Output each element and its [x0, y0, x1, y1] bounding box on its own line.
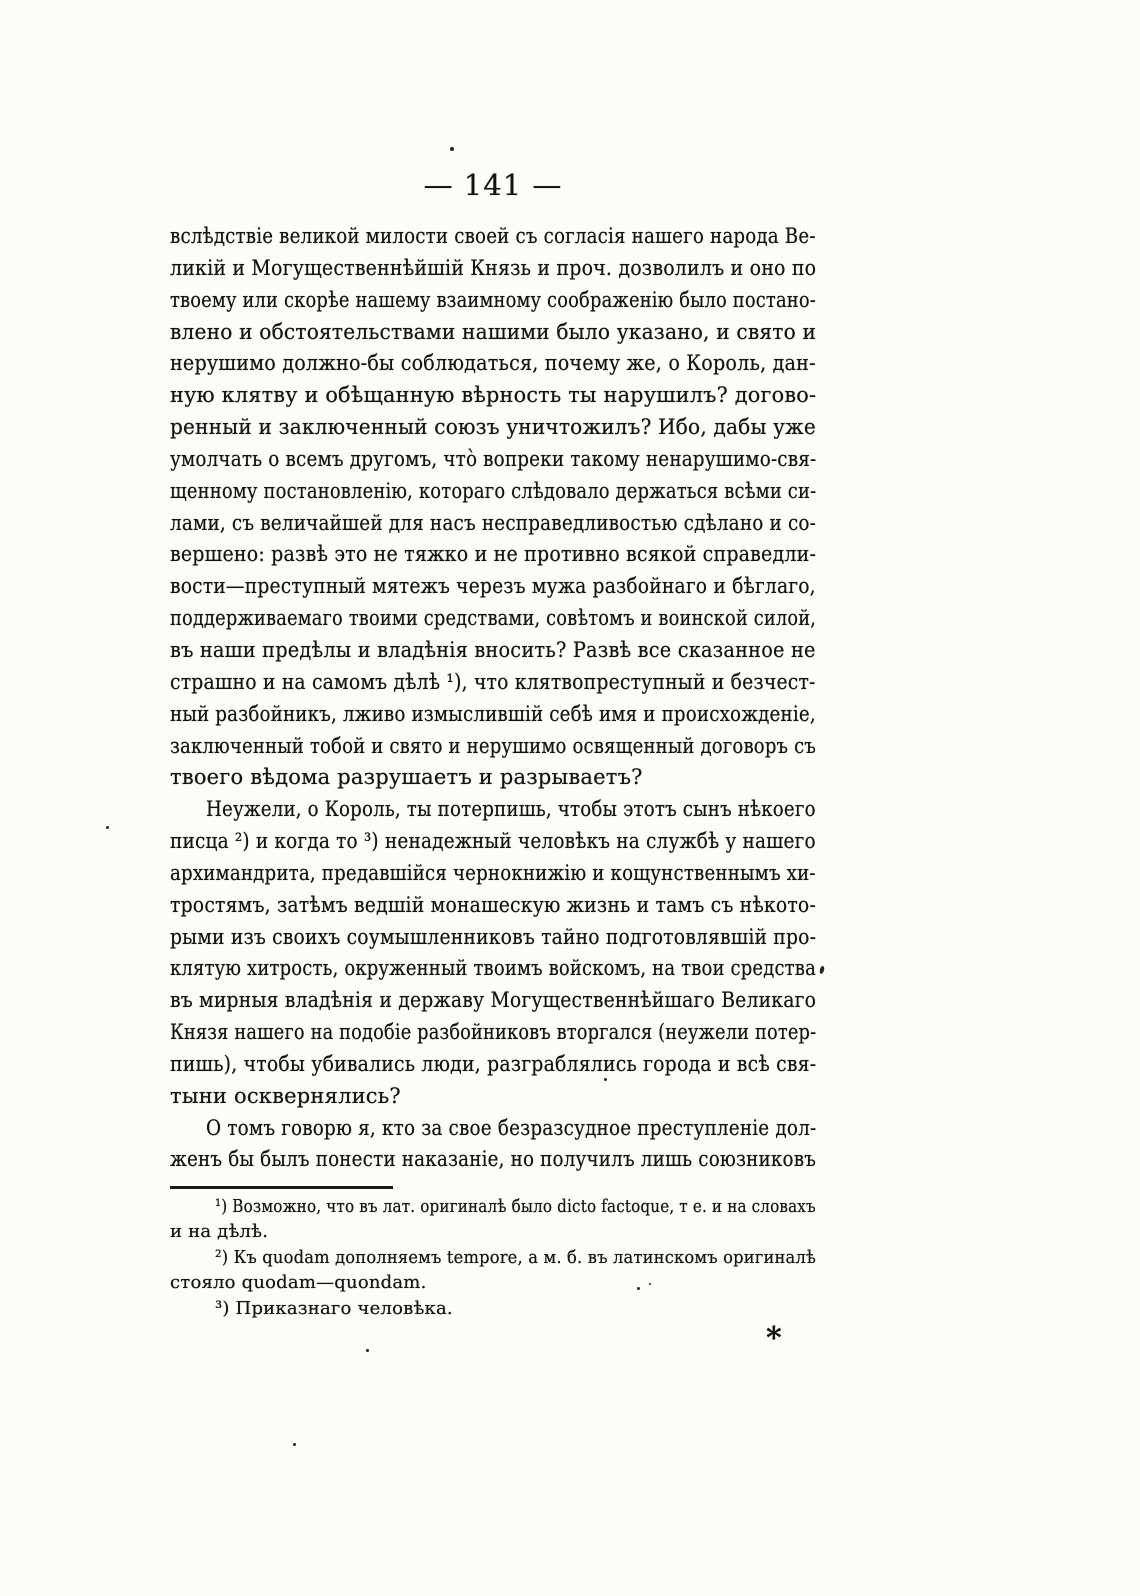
body-line: О томъ говорю я, кто за свое безразсудно… [170, 1113, 816, 1145]
scan-speck [604, 1078, 607, 1081]
body-line: рыми изъ своихъ соумышленниковъ тайно по… [170, 922, 816, 954]
body-line: пишь), чтобы убивались люди, разграбляли… [170, 1049, 816, 1081]
scan-speck [293, 1443, 296, 1446]
body-line: вости—преступный мятежъ черезъ мужа разб… [170, 571, 816, 603]
footnotes: ¹) Возможно, что въ лат. оригиналѣ было … [170, 1194, 816, 1321]
book-page: — 141 — вслѣдствіе великой милости своей… [0, 0, 1140, 1596]
body-line: поддерживаемаго твоими средствами, совѣт… [170, 603, 816, 635]
body-line: Неужели, о Король, ты потерпишь, чтобы э… [170, 794, 816, 826]
body-line: ликій и Могущественнѣйшій Князь и проч. … [170, 253, 816, 285]
footnote-line: и на дѣлѣ. [170, 1219, 816, 1244]
body-line: ренный и заключенный союзъ уничтожилъ? И… [170, 412, 816, 444]
scan-speck [819, 966, 825, 975]
body-line: тростямъ, затѣмъ ведшій монашескую жизнь… [170, 890, 816, 922]
body-line: твоему или скорѣе нашему взаимному сообр… [170, 285, 816, 317]
body-line: вслѣдствіе великой милости своей съ согл… [170, 221, 816, 253]
body-line: вершено: развѣ это не тяжко и не противн… [170, 539, 816, 571]
body-line: Князя нашего на подобіе разбойниковъ вто… [170, 1017, 816, 1049]
body-line: лами, съ величайшей для насъ несправедли… [170, 508, 816, 540]
body-line: умолчать о всемъ другомъ, что̀ вопреки т… [170, 444, 816, 476]
body-line: въ наши предѣлы и владѣнія вносить? Разв… [170, 635, 816, 667]
scan-speck [366, 1349, 369, 1352]
footnote-line: стояло quodam—quondam. [170, 1270, 816, 1295]
footnote-line: ³) Приказнаго человѣка. [170, 1296, 816, 1321]
scan-speck [649, 1283, 651, 1285]
body-line: клятую хитрость, окруженный твоимъ войск… [170, 953, 816, 985]
footnote-separator-rule [170, 1186, 393, 1189]
body-line: писца ²) и когда то ³) ненадежный человѣ… [170, 826, 816, 858]
body-line: твоего вѣдома разрушаетъ и разрываетъ? [170, 762, 816, 794]
body-line: ный разбойникъ, лживо измыслившій себѣ и… [170, 699, 816, 731]
body-line: тыни осквернялись? [170, 1081, 816, 1113]
footnote-line: ¹) Возможно, что въ лат. оригиналѣ было … [170, 1194, 816, 1219]
body-line: нерушимо должно-бы соблюдаться, почему ж… [170, 348, 816, 380]
body-line: ную клятву и обѣщанную вѣрность ты наруш… [170, 380, 816, 412]
footer-asterisk: * [766, 1324, 782, 1354]
footnote-line: ²) Къ quodam дополняемъ tempore, а м. б.… [170, 1245, 816, 1270]
body-text: вслѣдствіе великой милости своей съ согл… [170, 221, 816, 1176]
scan-speck [637, 1287, 640, 1290]
body-line: влено и обстоятельствами нашими было ука… [170, 317, 816, 349]
scan-speck [450, 147, 454, 151]
page-number: — 141 — [170, 167, 816, 203]
scan-speck [106, 826, 109, 829]
body-line: архимандрита, предавшійся чернокнижію и … [170, 858, 816, 890]
body-line: заключенный тобой и свято и нерушимо осв… [170, 731, 816, 763]
body-line: въ мирныя владѣнія и державу Могуществен… [170, 985, 816, 1017]
body-line: страшно и на самомъ дѣлѣ ¹), что клятвоп… [170, 667, 816, 699]
body-line: женъ бы былъ понести наказаніе, но получ… [170, 1144, 816, 1176]
body-line: щенному постановленію, котораго слѣдовал… [170, 476, 816, 508]
